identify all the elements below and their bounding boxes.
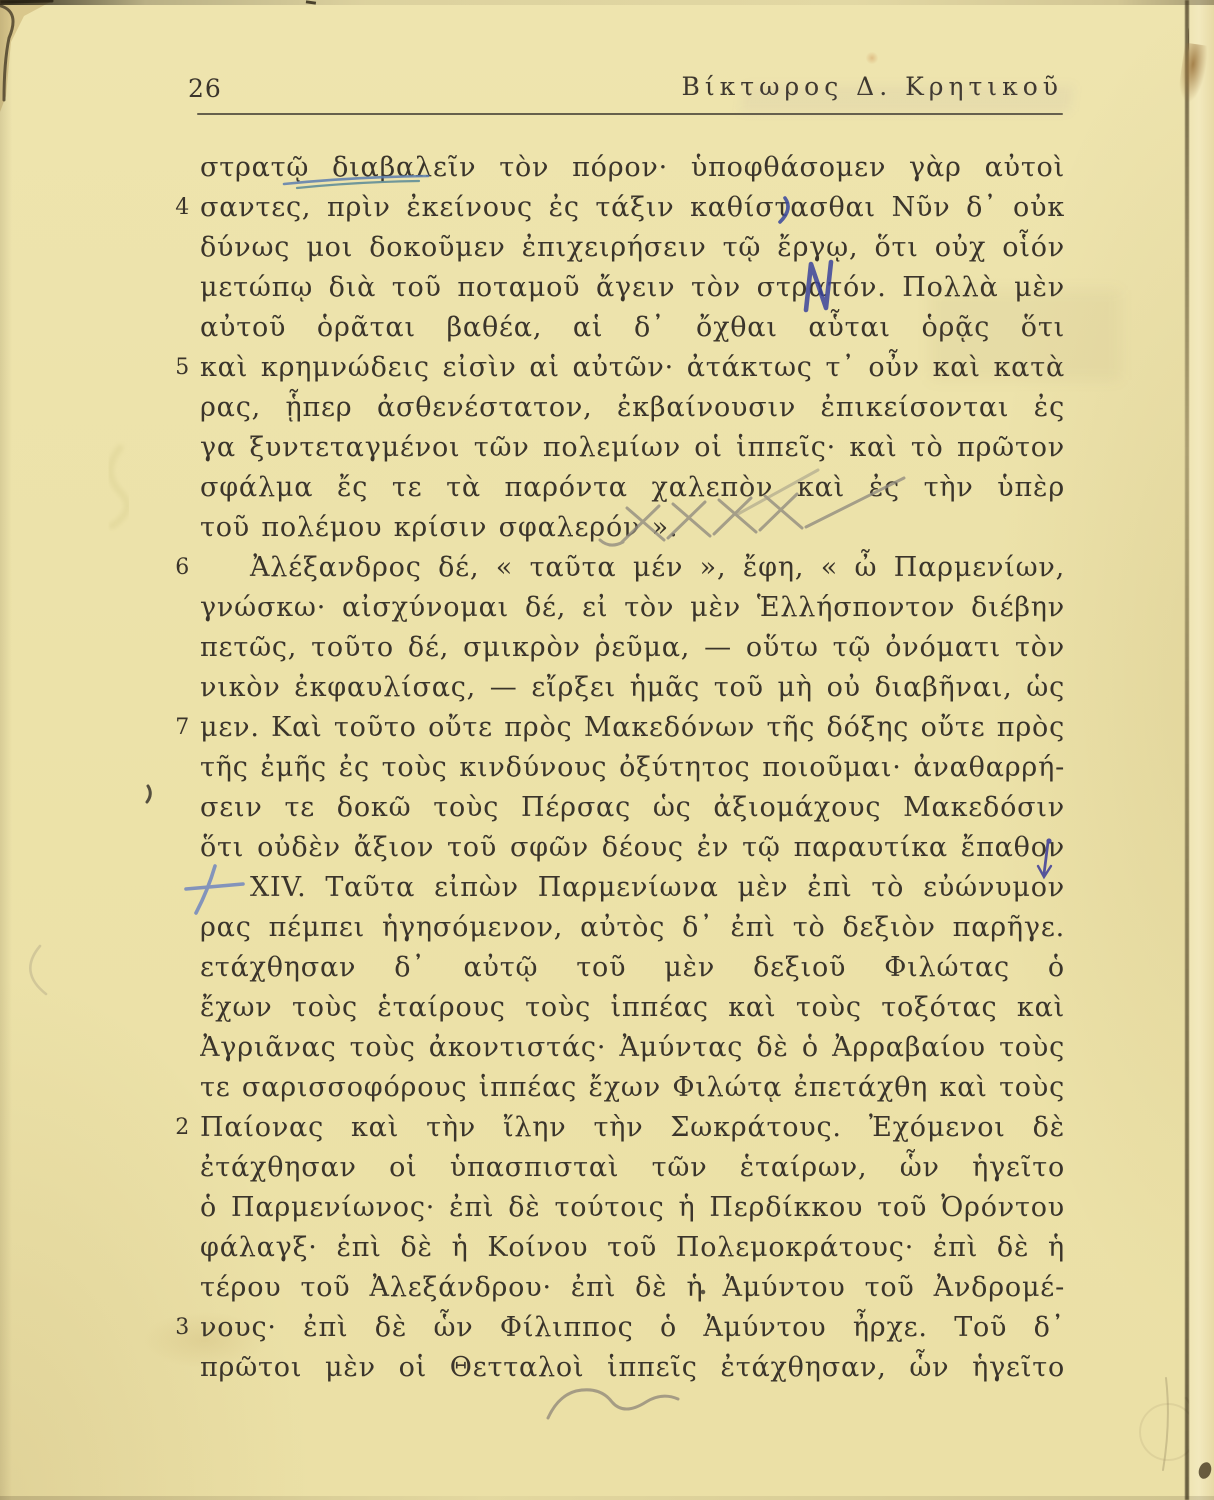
section-number — [154, 388, 190, 428]
section-number: 2 — [154, 1108, 190, 1148]
text-line: σφάλμα ἔς τε τὰ παρόντα χαλεπὸν καὶ ἐς τ… — [200, 468, 1065, 508]
section-number: 4 — [154, 188, 190, 228]
text-line: σαντες, πρὶν ἐκείνους ἐς τάξιν καθίστασθ… — [200, 188, 1065, 228]
page-edge-strip — [1189, 0, 1214, 1500]
header-rule — [197, 113, 1063, 115]
section-number — [154, 1028, 190, 1068]
text-line: νικὸν ἐκφαυλίσας, — εἴρξει ἡμᾶς τοῦ μὴ ο… — [200, 668, 1065, 708]
section-number — [154, 748, 190, 788]
section-number — [154, 948, 190, 988]
section-number: 7 — [154, 708, 190, 748]
text-line-row: Ἀγριᾶνας τοὺς ἀκοντιστάς· Ἀμύντας δὲ ὁ Ἀ… — [200, 1028, 1065, 1068]
scanned-book-page: 26 Βίκτωρος Δ. Κρητικοῦ στρατῷ διαβαλεῖν… — [0, 0, 1214, 1500]
section-number — [154, 148, 190, 188]
text-line: τε σαρισσοφόρους ἱππέας ἔχων Φιλώτᾳ ἐπετ… — [200, 1068, 1065, 1108]
text-line: τοῦ πολέμου κρίσιν σφαλερόν ». — [200, 508, 1065, 548]
text-line-row: 2 Παίονας καὶ τὴν ἴλην τὴν Σωκράτους. Ἐχ… — [200, 1108, 1065, 1148]
page-edge-crease — [1185, 0, 1189, 1500]
text-line-row: φάλαγξ· ἐπὶ δὲ ἡ Κοίνου τοῦ Πολεμοκράτου… — [200, 1228, 1065, 1268]
section-number — [154, 1068, 190, 1108]
faint-pencil-arc — [30, 946, 46, 994]
section-number: 6 — [154, 548, 190, 588]
section-number — [154, 428, 190, 468]
text-line: γα ξυντεταγμένοι τῶν πολεμίων οἱ ἱππεῖς·… — [200, 428, 1065, 468]
text-line: σειν τε δοκῶ τοὺς Πέρσας ὡς ἀξιομάχους Μ… — [200, 788, 1065, 828]
text-line: στρατῷ διαβαλεῖν τὸν πόρον· ὑποφθάσομεν … — [200, 148, 1065, 188]
section-number — [154, 868, 190, 908]
text-line: ἐτάχθησαν οἱ ὑπασπισταὶ τῶν ἑταίρων, ὧν … — [200, 1148, 1065, 1188]
section-number — [154, 508, 190, 548]
section-number — [154, 788, 190, 828]
text-line: ὅτι οὐδὲν ἄξιον τοῦ σφῶν δέους ἐν τῷ παρ… — [200, 828, 1065, 868]
text-line: Παίονας καὶ τὴν ἴλην τὴν Σωκράτους. Ἐχόμ… — [200, 1108, 1065, 1148]
text-line-row: τοῦ πολέμου κρίσιν σφαλερόν ». — [200, 508, 1065, 548]
section-number — [154, 1148, 190, 1188]
text-line: τῆς ἐμῆς ἐς τοὺς κινδύνους ὀξύτητος ποιο… — [200, 748, 1065, 788]
text-line: ετάχθησαν δ᾽ αὐτῷ τοῦ μὲν δεξιοῦ Φιλώτας… — [200, 948, 1065, 988]
text-line: νους· ἐπὶ δὲ ὧν Φίλιππος ὁ Ἀμύντου ἦρχε.… — [200, 1308, 1065, 1348]
text-line: μεν. Καὶ τοῦτο οὔτε πρὸς Μακεδόνων τῆς δ… — [200, 708, 1065, 748]
section-number — [154, 828, 190, 868]
paper: 26 Βίκτωρος Δ. Κρητικοῦ στρατῷ διαβαλεῖν… — [0, 0, 1214, 1500]
text-line-row: γνώσκω· αἰσχύνομαι δέ, εἰ τὸν μὲν Ἑλλήσπ… — [200, 588, 1065, 628]
text-line-row: τῆς ἐμῆς ἐς τοὺς κινδύνους ὀξύτητος ποιο… — [200, 748, 1065, 788]
section-number: 3 — [154, 1308, 190, 1348]
text-line: ρας, ᾗπερ ἀσθενέστατον, ἐκβαίνουσιν ἐπικ… — [200, 388, 1065, 428]
faint-margin-smudge — [110, 448, 127, 526]
text-line-row: ἔχων τοὺς ἑταίρους τοὺς ἱππέας καὶ τοὺς … — [200, 988, 1065, 1028]
text-line-row: δύνως μοι δοκοῦμεν ἐπιχειρήσειν τῷ ἔργῳ,… — [200, 228, 1065, 268]
text-line-row: τέρου τοῦ Ἀλεξάνδρου· ἐπὶ δὲ ἡ Ἀμύντου τ… — [200, 1268, 1065, 1308]
text-line-row: ρας πέμπει ἡγησόμενον, αὐτὸς δ᾽ ἐπὶ τὸ δ… — [200, 908, 1065, 948]
text-line: Ἀλέξανδρος δέ, « ταῦτα μέν », ἔφη, « ὦ Π… — [200, 548, 1065, 588]
text-line-row: στρατῷ διαβαλεῖν τὸν πόρον· ὑποφθάσομεν … — [200, 148, 1065, 188]
margin-apostrophe-mark — [147, 786, 150, 802]
text-line-row: νικὸν ἐκφαυλίσας, — εἴρξει ἡμᾶς τοῦ μὴ ο… — [200, 668, 1065, 708]
section-number — [154, 588, 190, 628]
text-line: τέρου τοῦ Ἀλεξάνδρου· ἐπὶ δὲ ἡ Ἀμύντου τ… — [200, 1268, 1065, 1308]
section-number — [154, 228, 190, 268]
text-line: φάλαγξ· ἐπὶ δὲ ἡ Κοίνου τοῦ Πολεμοκράτου… — [200, 1228, 1065, 1268]
text-line-row: 4 σαντες, πρὶν ἐκείνους ἐς τάξιν καθίστα… — [200, 188, 1065, 228]
text-line-row: τε σαρισσοφόρους ἱππέας ἔχων Φιλώτᾳ ἐπετ… — [200, 1068, 1065, 1108]
text-line-row: ὅτι οὐδὲν ἄξιον τοῦ σφῶν δέους ἐν τῷ παρ… — [200, 828, 1065, 868]
text-line: πρῶτοι μὲν οἱ Θετταλοὶ ἱππεῖς ἐτάχθησαν,… — [200, 1348, 1065, 1388]
text-line-row: 6 Ἀλέξανδρος δέ, « ταῦτα μέν », ἔφη, « ὦ… — [200, 548, 1065, 588]
text-line: πετῶς, τοῦτο δέ, σμικρὸν ῥεῦμα, — οὕτω τ… — [200, 628, 1065, 668]
text-line-row: XIV. Ταῦτα εἰπὼν Παρμενίωνα μὲν ἐπὶ τὸ ε… — [200, 868, 1065, 908]
text-line: ὁ Παρμενίωνος· ἐπὶ δὲ τούτοις ἡ Περδίκκο… — [200, 1188, 1065, 1228]
text-line: ἔχων τοὺς ἑταίρους τοὺς ἱππέας καὶ τοὺς … — [200, 988, 1065, 1028]
section-number — [154, 668, 190, 708]
pencil-squiggle-mark — [548, 1390, 678, 1418]
section-number — [154, 628, 190, 668]
text-line-row: πετῶς, τοῦτο δέ, σμικρὸν ῥεῦμα, — οὕτω τ… — [200, 628, 1065, 668]
text-line-row: σφάλμα ἔς τε τὰ παρόντα χαλεπὸν καὶ ἐς τ… — [200, 468, 1065, 508]
text-line: γνώσκω· αἰσχύνομαι δέ, εἰ τὸν μὲν Ἑλλήσπ… — [200, 588, 1065, 628]
showthrough-ghost — [930, 290, 1120, 380]
text-line: XIV. Ταῦτα εἰπὼν Παρμενίωνα μὲν ἐπὶ τὸ ε… — [200, 868, 1065, 908]
text-line: δύνως μοι δοκοῦμεν ἐπιχειρήσειν τῷ ἔργῳ,… — [200, 228, 1065, 268]
text-line-row: σειν τε δοκῶ τοὺς Πέρσας ὡς ἀξιομάχους Μ… — [200, 788, 1065, 828]
text-line: ρας πέμπει ἡγησόμενον, αὐτὸς δ᾽ ἐπὶ τὸ δ… — [200, 908, 1065, 948]
bottom-edge-shadow — [0, 1496, 1214, 1500]
section-number — [154, 988, 190, 1028]
text-line-row: ὁ Παρμενίωνος· ἐπὶ δὲ τούτοις ἡ Περδίκκο… — [200, 1188, 1065, 1228]
section-number — [154, 1348, 190, 1388]
text-line: Ἀγριᾶνας τοὺς ἀκοντιστάς· Ἀμύντας δὲ ὁ Ἀ… — [200, 1028, 1065, 1068]
section-number — [154, 308, 190, 348]
text-line-row: γα ξυντεταγμένοι τῶν πολεμίων οἱ ἱππεῖς·… — [200, 428, 1065, 468]
section-number — [154, 1268, 190, 1308]
left-edge-shadow — [0, 0, 12, 1500]
text-line-row: ετάχθησαν δ᾽ αὐτῷ τοῦ μὲν δεξιοῦ Φιλώτας… — [200, 948, 1065, 988]
text-line-row: 7 μεν. Καὶ τοῦτο οὔτε πρὸς Μακεδόνων τῆς… — [200, 708, 1065, 748]
text-line-row: ἐτάχθησαν οἱ ὑπασπισταὶ τῶν ἑταίρων, ὧν … — [200, 1148, 1065, 1188]
section-number: 5 — [154, 348, 190, 388]
text-line-row: πρῶτοι μὲν οἱ Θετταλοὶ ἱππεῖς ἐτάχθησαν,… — [200, 1348, 1065, 1388]
section-number — [154, 268, 190, 308]
section-number — [154, 468, 190, 508]
showthrough-ghost — [740, 86, 1074, 112]
text-line-row: 3 νους· ἐπὶ δὲ ὧν Φίλιππος ὁ Ἀμύντου ἦρχ… — [200, 1308, 1065, 1348]
section-number — [154, 908, 190, 948]
text-line-row: ρας, ᾗπερ ἀσθενέστατον, ἐκβαίνουσιν ἐπικ… — [200, 388, 1065, 428]
section-number — [154, 1188, 190, 1228]
top-edge-shadow — [0, 0, 1214, 5]
page-number: 26 — [188, 74, 222, 103]
section-number — [154, 1228, 190, 1268]
